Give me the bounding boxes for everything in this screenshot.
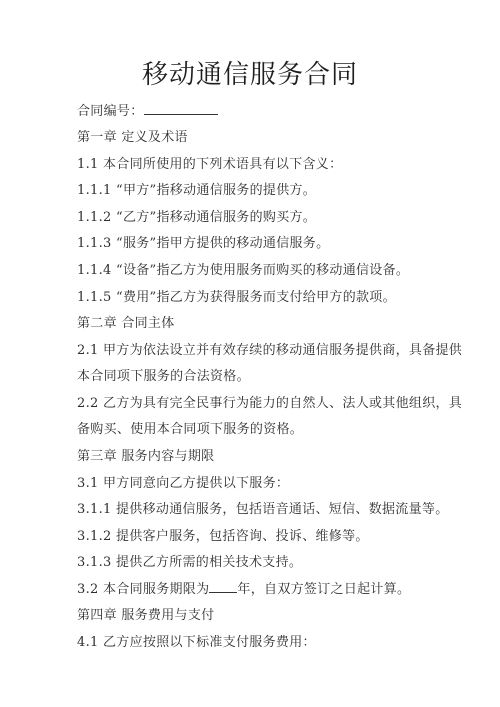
clause-3-1-1: 3.1.1 提供移动通信服务，包括语音通话、短信、数据流量等。 — [77, 501, 449, 519]
chapter-4-heading: 第四章 服务费用与支付 — [77, 607, 214, 625]
clause-1-1-2: 1.1.2 “乙方”指移动通信服务的购买方。 — [77, 209, 316, 227]
clause-2-2-continued: 备购买、使用本合同项下服务的资格。 — [77, 421, 303, 439]
clause-1-1-5: 1.1.5 “费用”指乙方为获得服务而支付给甲方的款项。 — [77, 289, 396, 307]
contract-number-line: 合同编号： — [77, 103, 218, 121]
clause-2-1: 2.1 甲方为依法设立并有效存续的移动通信服务提供商，具备提供 — [77, 342, 462, 360]
clause-1-1: 1.1 本合同所使用的下列术语具有以下含义： — [77, 156, 342, 174]
clause-3-1: 3.1 甲方同意向乙方提供以下服务： — [77, 475, 289, 493]
contract-number-blank[interactable] — [144, 104, 218, 115]
chapter-2-heading: 第二章 合同主体 — [77, 315, 175, 333]
chapter-3-heading: 第三章 服务内容与期限 — [77, 448, 214, 466]
chapter-1-heading: 第一章 定义及术语 — [77, 129, 188, 147]
clause-3-1-3: 3.1.3 提供乙方所需的相关技术支持。 — [77, 554, 302, 572]
document-title: 移动通信服务合同 — [0, 58, 500, 92]
clause-2-1-continued: 本合同项下服务的合法资格。 — [77, 368, 250, 386]
clause-1-1-3: 1.1.3 “服务”指甲方提供的移动通信服务。 — [77, 235, 329, 253]
contract-number-label: 合同编号： — [77, 104, 144, 119]
clause-2-2: 2.2 乙方为具有完全民事行为能力的自然人、法人或其他组织，具 — [77, 395, 462, 413]
clause-3-2: 3.2 本合同服务期限为年，自双方签订之日起计算。 — [77, 581, 410, 599]
clause-4-1: 4.1 乙方应按照以下标准支付服务费用： — [77, 634, 316, 652]
clause-1-1-1: 1.1.1 “甲方”指移动通信服务的提供方。 — [77, 182, 316, 200]
clause-3-1-2: 3.1.2 提供客户服务，包括咨询、投诉、维修等。 — [77, 528, 369, 546]
clause-3-2-prefix: 3.2 本合同服务期限为 — [77, 582, 209, 597]
term-years-blank[interactable] — [209, 582, 237, 593]
clause-3-2-suffix: 年，自双方签订之日起计算。 — [237, 582, 410, 597]
clause-1-1-4: 1.1.4 “设备”指乙方为使用服务而购买的移动通信设备。 — [77, 262, 409, 280]
